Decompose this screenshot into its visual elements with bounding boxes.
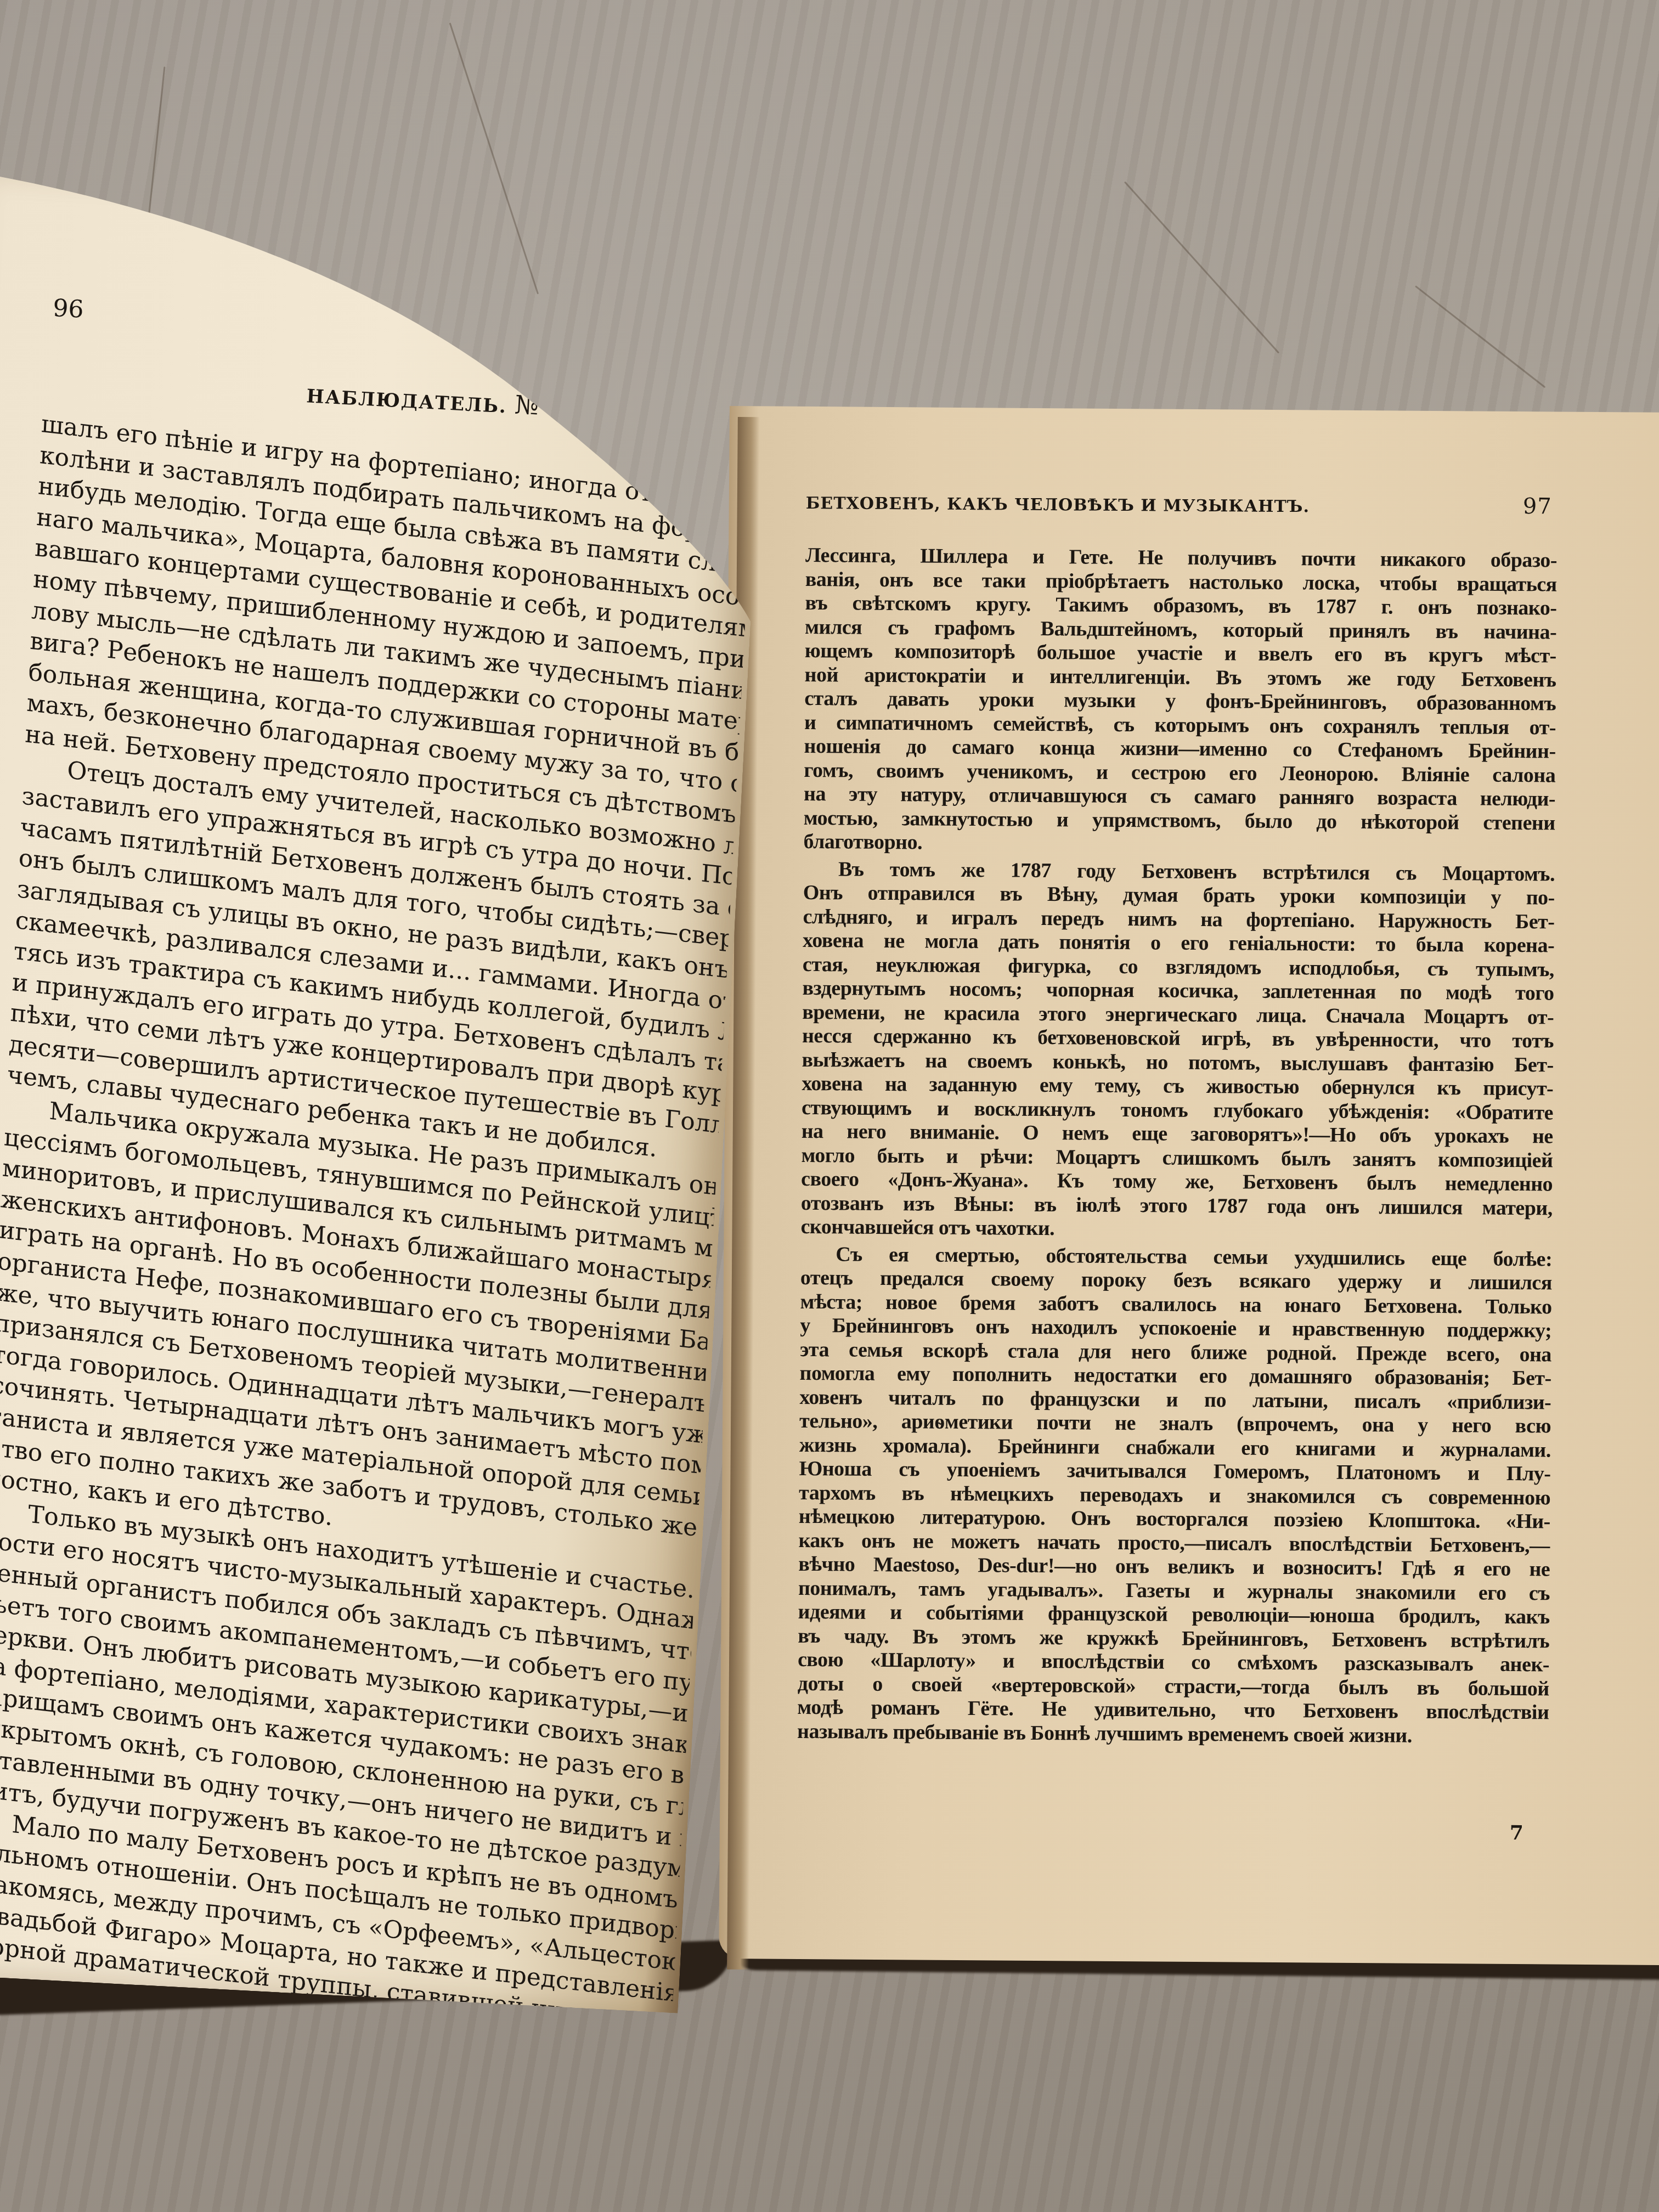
paragraph: Лессинга, Шиллера и Гете. Не получивъ по… bbox=[803, 544, 1557, 859]
journal-title: Наблюдатель. bbox=[306, 385, 507, 417]
page-number-96: 96 bbox=[52, 294, 84, 324]
paragraph: Съ ея смертью, обстоятельства семьи ухуд… bbox=[797, 1242, 1552, 1748]
article-title: Бетховенъ, какъ человѣкъ и музыкантъ. bbox=[806, 494, 1310, 516]
surface-crack bbox=[1415, 285, 1545, 388]
page-97: Бетховенъ, какъ человѣкъ и музыкантъ. 97… bbox=[719, 406, 1659, 1965]
right-page-body: Лессинга, Шиллера и Гете. Не получивъ по… bbox=[797, 544, 1557, 1752]
left-page-body: шалъ его пѣніе и игру на фортепіано; ино… bbox=[0, 409, 752, 2013]
paragraph: Въ томъ же 1787 году Бетховенъ встрѣтилс… bbox=[800, 857, 1555, 1244]
running-head-right: Бетховенъ, какъ человѣкъ и музыкантъ. 97 bbox=[806, 489, 1552, 519]
surface-crack bbox=[1124, 181, 1279, 353]
signature-mark: 7 bbox=[1510, 1821, 1523, 1844]
surface-crack bbox=[449, 22, 539, 294]
page-number-97: 97 bbox=[1523, 494, 1552, 519]
